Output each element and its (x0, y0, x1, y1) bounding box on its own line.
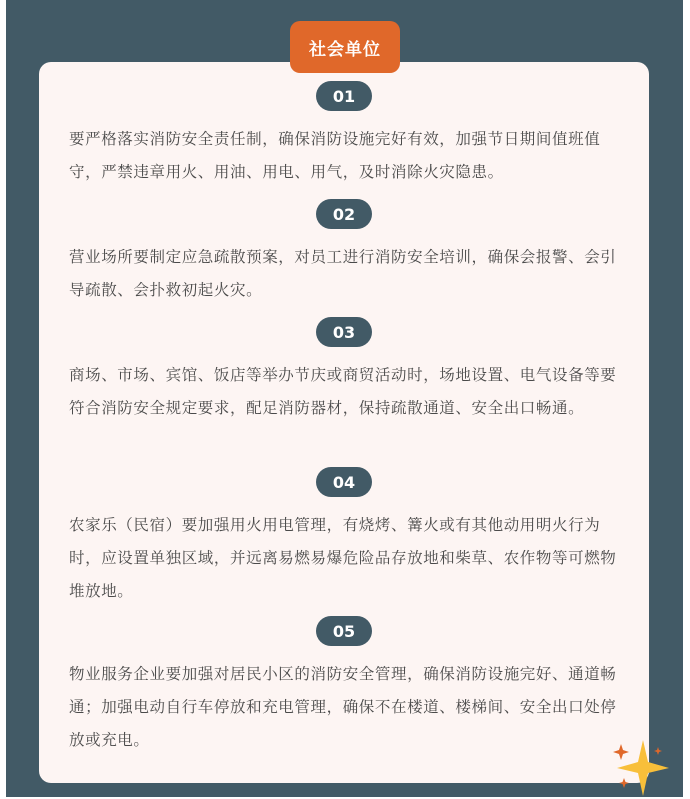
item-text: 营业场所要制定应急疏散预案，对员工进行消防安全培训，确保会报警、会引导疏散、会扑… (69, 241, 625, 307)
item-number: 05 (333, 622, 355, 641)
sparkle-stars-icon (605, 738, 675, 799)
item-number-badge: 03 (316, 317, 372, 347)
item-text: 农家乐（民宿）要加强用火用电管理，有烧烤、篝火或有其他动用明火行为时，应设置单独… (69, 509, 625, 608)
item-number: 02 (333, 205, 355, 224)
item-text: 要严格落实消防安全责任制，确保消防设施完好有效，加强节日期间值班值守，严禁违章用… (69, 123, 625, 189)
item-number: 04 (333, 473, 355, 492)
item-number-badge: 01 (316, 81, 372, 111)
item-text: 商场、市场、宾馆、饭店等举办节庆或商贸活动时，场地设置、电气设备等要符合消防安全… (69, 359, 625, 425)
item-number-badge: 02 (316, 199, 372, 229)
item-number: 01 (333, 87, 355, 106)
section-title-tab: 社会单位 (290, 21, 400, 73)
item-number: 03 (333, 323, 355, 342)
item-number-badge: 04 (316, 467, 372, 497)
item-number-badge: 05 (316, 616, 372, 646)
section-title: 社会单位 (309, 35, 381, 60)
item-text: 物业服务企业要加强对居民小区的消防安全管理，确保消防设施完好、通道畅通；加强电动… (69, 658, 625, 757)
